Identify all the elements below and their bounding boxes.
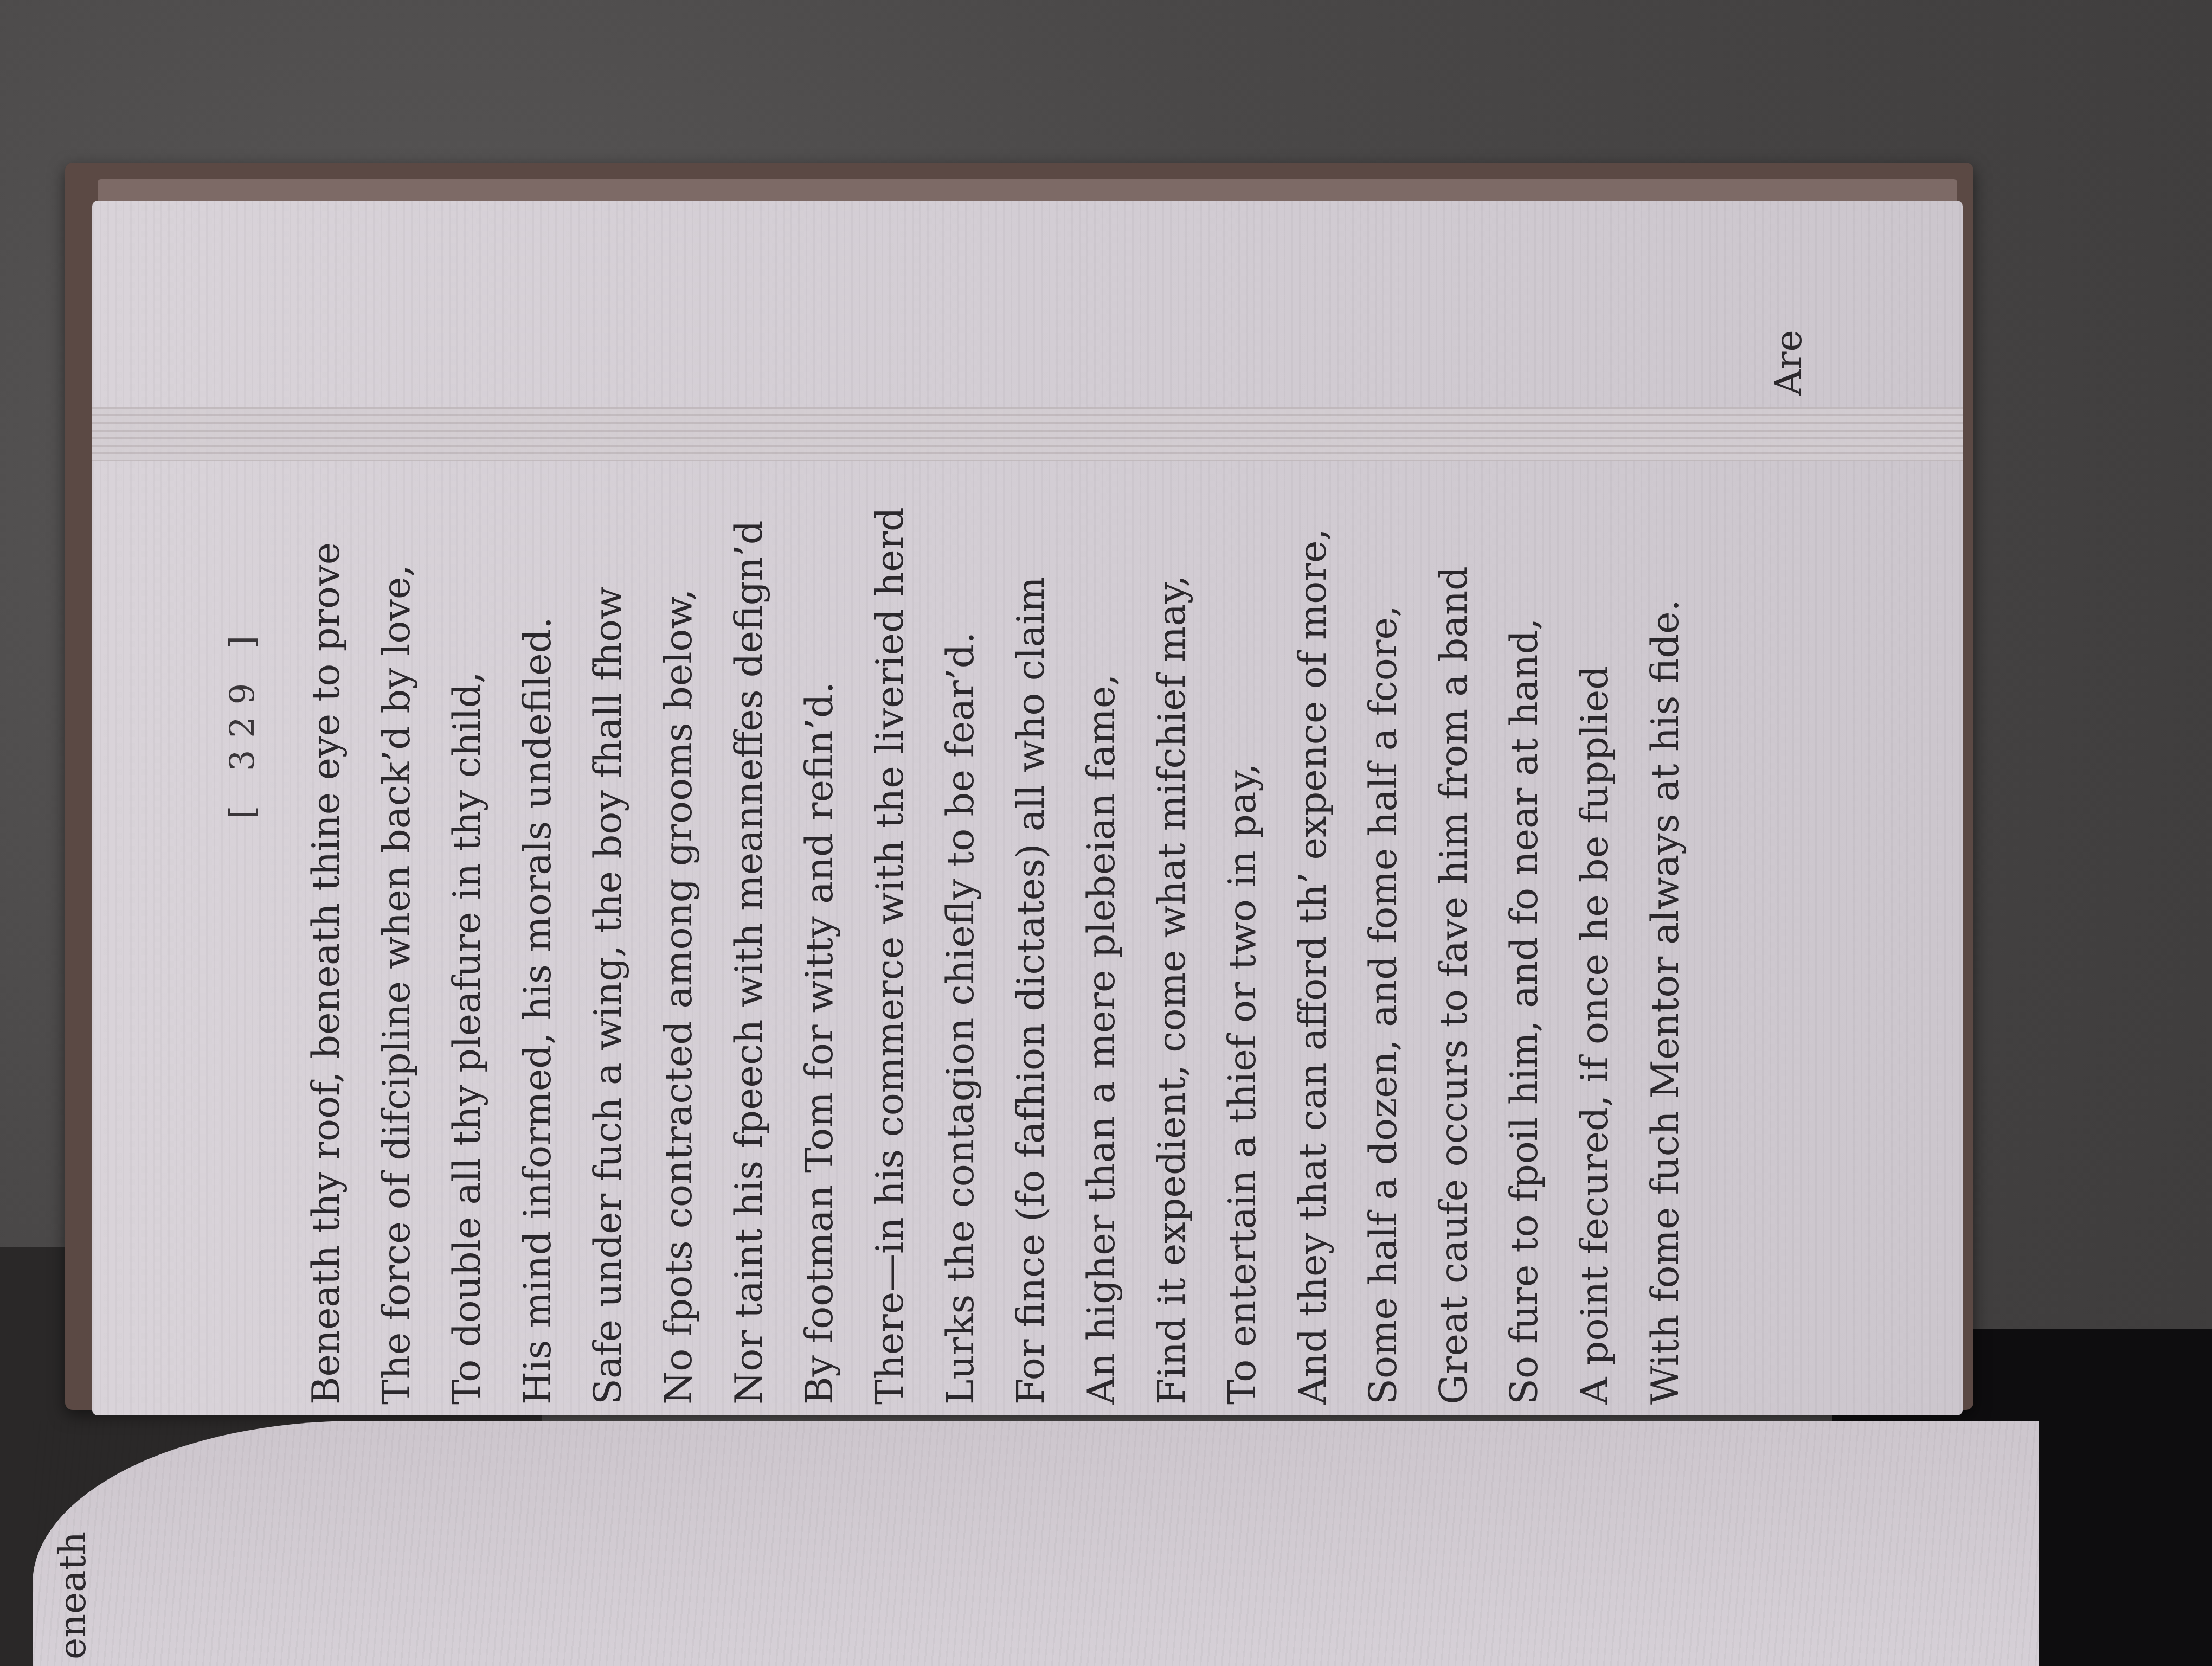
- page-number-header: [ 329 ]: [222, 624, 262, 819]
- poem-line: And they that can afford th’ expence of …: [1290, 528, 1335, 1405]
- poem-line: Nor taint his fpeech with meanneffes def…: [726, 520, 771, 1405]
- poem-line: No fpots contracted among grooms below,: [656, 588, 700, 1405]
- poem-line: By footman Tom for witty and refin’d.: [797, 682, 841, 1405]
- facing-page-catchword: eneath: [52, 1532, 94, 1659]
- facing-page: [33, 1421, 2039, 1666]
- poem-line: With fome fuch Mentor always at his fide…: [1643, 599, 1687, 1405]
- poem-line: The force of difcipline when back’d by l…: [374, 565, 419, 1405]
- poem-line: Safe under fuch a wing, the boy fhall fh…: [586, 587, 630, 1405]
- poem-line: Find it expedient, come what mifchief ma…: [1149, 575, 1194, 1405]
- poem-line: To double all thy pleafure in thy child,: [445, 671, 489, 1405]
- poem-line: Lurks the contagion chiefly to be fear’d…: [938, 632, 982, 1405]
- catchword: Are: [1767, 330, 1810, 396]
- poem-line: Beneath thy roof, beneath thine eye to p…: [304, 542, 348, 1405]
- poem-line: To entertain a thief or two in pay,: [1220, 763, 1264, 1405]
- poem-line: His mind informed, his morals undefiled.: [515, 617, 560, 1405]
- poem-line: For fince (fo fafhion dictates) all who …: [1008, 576, 1053, 1405]
- poem-line: Some half a dozen, and fome half a fcore…: [1361, 605, 1405, 1405]
- poem-line: There—in his commerce with the liveried …: [867, 507, 912, 1405]
- poem-line: A point fecured, if once he be fupplied: [1572, 665, 1617, 1405]
- poem-line: So fure to fpoil him, and fo near at han…: [1502, 618, 1546, 1405]
- page-edges: [92, 407, 1963, 461]
- poem-line: An higher than a mere plebeian fame,: [1079, 674, 1123, 1405]
- poem-line: Great caufe occurs to fave him from a ba…: [1431, 566, 1476, 1405]
